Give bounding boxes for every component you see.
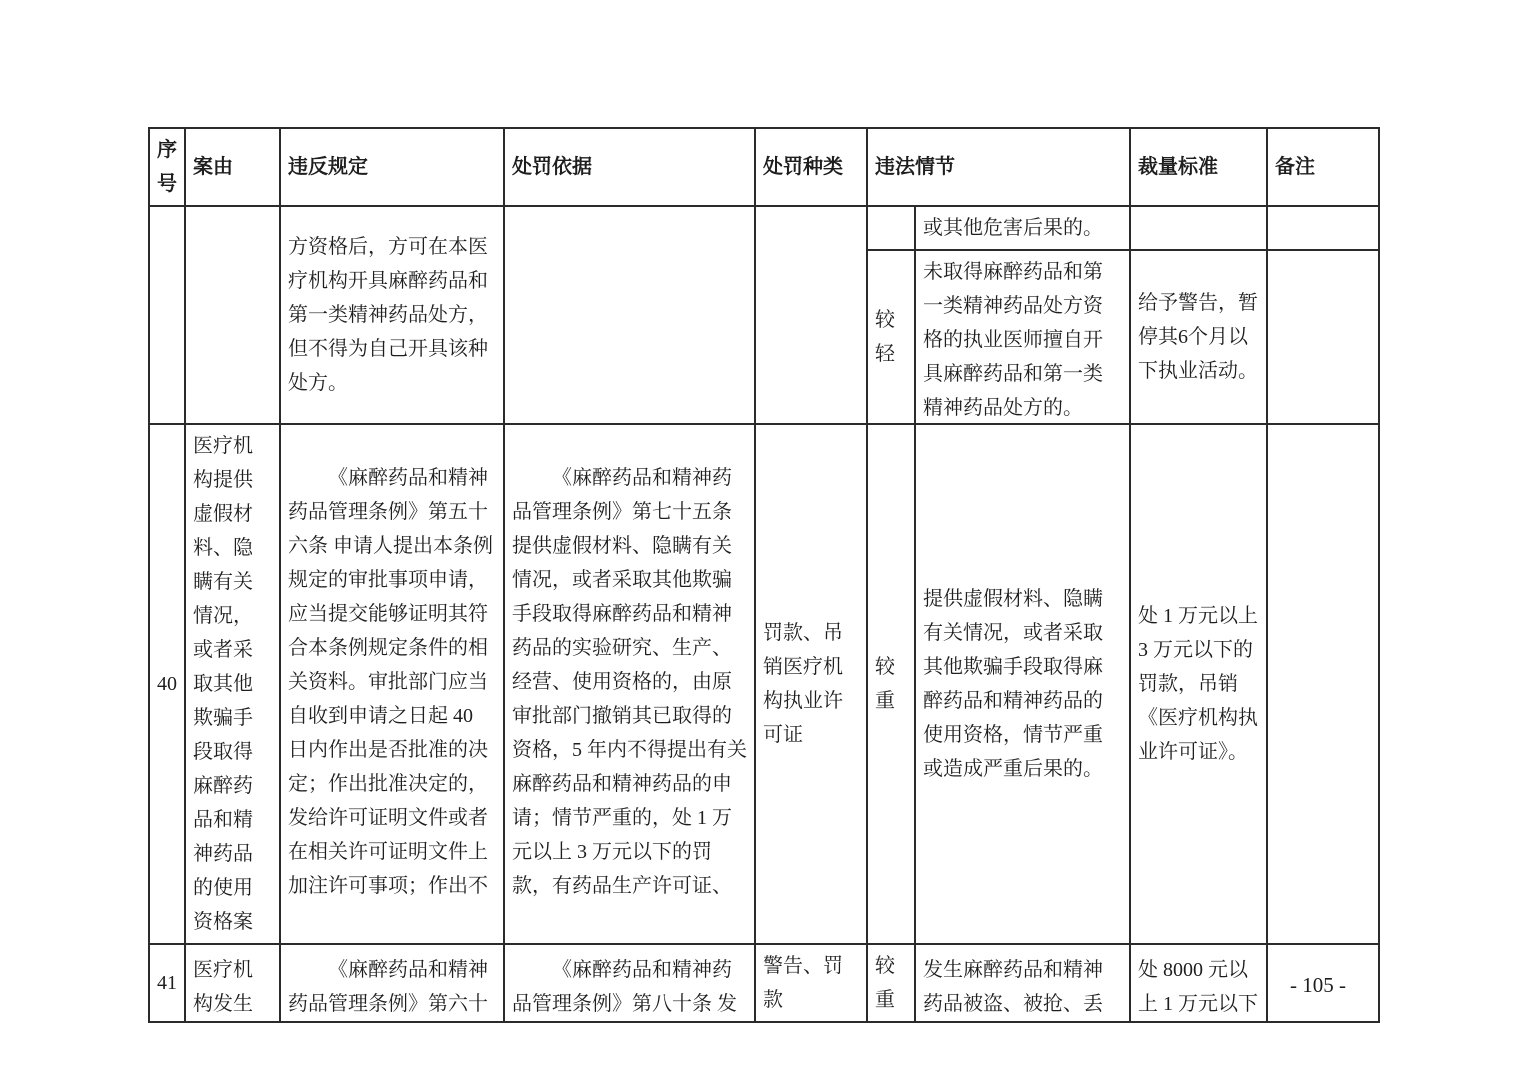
row41-violation-cell: 《麻醉药品和精神药品管理条例》第六十四条 bbox=[280, 944, 504, 1022]
continuation-row-part1: 方资格后，方可在本医疗机构开具麻醉药品和第一类精神药品处方，但不得为自己开具该种… bbox=[149, 206, 1379, 250]
continuation-penalty-type-cell bbox=[755, 206, 867, 424]
row40-penalty-basis-text: 《麻醉药品和精神药品管理条例》第七十五条 提供虚假材料、隐瞒有关情况，或者采取其… bbox=[512, 461, 747, 907]
row41-circumstance-cell: 发生麻醉药品和精神药品被盗、被抢、丢失案件 bbox=[915, 944, 1130, 1022]
row41-violation-text: 《麻醉药品和精神药品管理条例》第六十四条 bbox=[288, 953, 496, 1013]
continuation-discretion-cell-a bbox=[1130, 206, 1267, 250]
header-remark: 备注 bbox=[1267, 128, 1379, 206]
header-discretion: 裁量标准 bbox=[1130, 128, 1267, 206]
row40-penalty-basis-cell: 《麻醉药品和精神药品管理条例》第七十五条 提供虚假材料、隐瞒有关情况，或者采取其… bbox=[504, 424, 755, 944]
header-circumstance: 违法情节 bbox=[867, 128, 1130, 206]
row41-case-text: 医疗机构发生麻醉 bbox=[193, 953, 272, 1013]
row40-discretion-cell: 处 1 万元以上 3 万元以下的罚款，吊销《医疗机构执业许可证》。 bbox=[1130, 424, 1267, 944]
row41-circumstance-text: 发生麻醉药品和精神药品被盗、被抢、丢失案件 bbox=[923, 953, 1122, 1013]
row40-penalty-type-cell: 罚款、吊销医疗机构执业许可证 bbox=[755, 424, 867, 944]
row41-discretion-cell: 处 8000 元以上 1 万元以下罚 bbox=[1130, 944, 1267, 1022]
row40-circumstance-cell: 提供虚假材料、隐瞒有关情况，或者采取其他欺骗手段取得麻醉药品和精神药品的使用资格… bbox=[915, 424, 1130, 944]
continuation-circumstance-cell-a: 或其他危害后果的。 bbox=[915, 206, 1130, 250]
page-number: - 105 - bbox=[1258, 970, 1378, 1000]
row40-severity-cell: 较重 bbox=[867, 424, 915, 944]
continuation-circumstance-cell-b: 未取得麻醉药品和第一类精神药品处方资格的执业医师擅自开具麻醉药品和第一类精神药品… bbox=[915, 250, 1130, 424]
table-header-row: 序号 案由 违反规定 处罚依据 处罚种类 违法情节 裁量标准 备注 bbox=[149, 128, 1379, 206]
row41-no-cell: 41 bbox=[149, 944, 185, 1022]
continuation-circumstance-text: 未取得麻醉药品和第一类精神药品处方资格的执业医师擅自开具麻醉药品和第一类精神药品… bbox=[923, 255, 1122, 419]
header-penalty-type: 处罚种类 bbox=[755, 128, 867, 206]
continuation-penalty-basis-cell bbox=[504, 206, 755, 424]
row41-penalty-basis-cell: 《麻醉药品和精神药品管理条例》第八十条 发生麻 bbox=[504, 944, 755, 1022]
header-violation: 违反规定 bbox=[280, 128, 504, 206]
continuation-remark-cell-a bbox=[1267, 206, 1379, 250]
row40-no-cell: 40 bbox=[149, 424, 185, 944]
header-penalty-basis: 处罚依据 bbox=[504, 128, 755, 206]
header-col-no: 序号 bbox=[149, 128, 185, 206]
continuation-severity-cell-b: 较轻 bbox=[867, 250, 915, 424]
row40-remark-cell bbox=[1267, 424, 1379, 944]
penalty-discretion-table: 序号 案由 违反规定 处罚依据 处罚种类 违法情节 裁量标准 备注 方资格后，方… bbox=[148, 127, 1380, 1023]
continuation-remark-cell-b bbox=[1267, 250, 1379, 424]
continuation-no-cell bbox=[149, 206, 185, 424]
header-case: 案由 bbox=[185, 128, 280, 206]
row41-discretion-text: 处 8000 元以上 1 万元以下罚 bbox=[1138, 953, 1259, 1013]
table-row-41: 41 医疗机构发生麻醉 《麻醉药品和精神药品管理条例》第六十四条 《麻醉药品和精… bbox=[149, 944, 1379, 1022]
continuation-case-cell bbox=[185, 206, 280, 424]
continuation-violation-cell: 方资格后，方可在本医疗机构开具麻醉药品和第一类精神药品处方，但不得为自己开具该种… bbox=[280, 206, 504, 424]
row40-violation-text: 《麻醉药品和精神药品管理条例》第五十六条 申请人提出本条例规定的审批事项申请，应… bbox=[288, 461, 496, 907]
continuation-severity-cell-a bbox=[867, 206, 915, 250]
row40-case-cell: 医疗机构提供虚假材料、隐瞒有关情况，或者采取其他欺骗手段取得麻醉药品和精神药品的… bbox=[185, 424, 280, 944]
row41-case-cell: 医疗机构发生麻醉 bbox=[185, 944, 280, 1022]
row41-severity-cell: 较重 bbox=[867, 944, 915, 1022]
continuation-discretion-cell-b: 给予警告，暂停其6个月以下执业活动。 bbox=[1130, 250, 1267, 424]
row41-penalty-basis-text: 《麻醉药品和精神药品管理条例》第八十条 发生麻 bbox=[512, 953, 747, 1013]
row40-violation-cell: 《麻醉药品和精神药品管理条例》第五十六条 申请人提出本条例规定的审批事项申请，应… bbox=[280, 424, 504, 944]
table-row-40: 40 医疗机构提供虚假材料、隐瞒有关情况，或者采取其他欺骗手段取得麻醉药品和精神… bbox=[149, 424, 1379, 944]
row41-penalty-type-cell: 警告、罚款 bbox=[755, 944, 867, 1022]
